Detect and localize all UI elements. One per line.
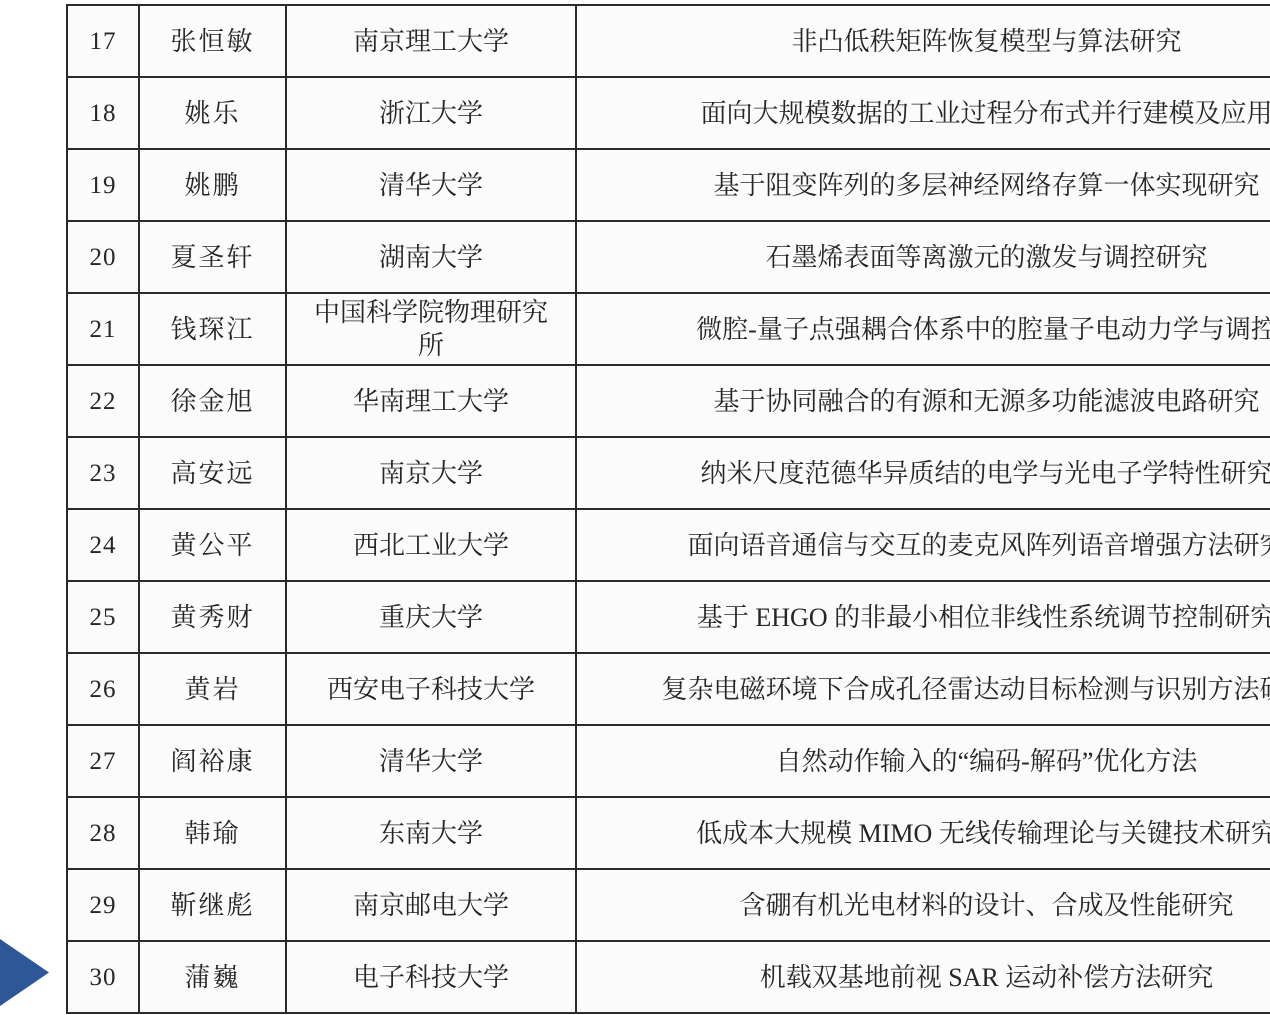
table-row: 22 徐金旭 华南理工大学 基于协同融合的有源和无源多功能滤波电路研究	[67, 365, 1270, 437]
name-cell: 姚乐	[139, 77, 286, 149]
name-cell: 黄秀财	[139, 581, 286, 653]
project-title-cell: 基于 EHGO 的非最小相位非线性系统调节控制研究	[576, 581, 1270, 653]
table-row: 18 姚乐 浙江大学 面向大规模数据的工业过程分布式并行建模及应用	[67, 77, 1270, 149]
row-number-cell: 21	[67, 293, 139, 365]
table-row: 20 夏圣轩 湖南大学 石墨烯表面等离激元的激发与调控研究	[67, 221, 1270, 293]
row-number-cell: 23	[67, 437, 139, 509]
table-row: 30 蒲巍 电子科技大学 机载双基地前视 SAR 运动补偿方法研究	[67, 941, 1270, 1013]
affiliation-cell: 清华大学	[286, 725, 576, 797]
table-row: 23 高安远 南京大学 纳米尺度范德华异质结的电学与光电子学特性研究	[67, 437, 1270, 509]
project-title-cell: 非凸低秩矩阵恢复模型与算法研究	[576, 5, 1270, 77]
table-row: 19 姚鹏 清华大学 基于阻变阵列的多层神经网络存算一体实现研究	[67, 149, 1270, 221]
row-number-cell: 22	[67, 365, 139, 437]
name-cell: 阎裕康	[139, 725, 286, 797]
affiliation-cell: 浙江大学	[286, 77, 576, 149]
row-number-cell: 17	[67, 5, 139, 77]
project-title-cell: 纳米尺度范德华异质结的电学与光电子学特性研究	[576, 437, 1270, 509]
row-number-cell: 25	[67, 581, 139, 653]
project-title-cell: 石墨烯表面等离激元的激发与调控研究	[576, 221, 1270, 293]
table-row: 26 黄岩 西安电子科技大学 复杂电磁环境下合成孔径雷达动目标检测与识别方法研究	[67, 653, 1270, 725]
affiliation-cell: 中国科学院物理研究所	[286, 293, 576, 365]
table-row: 17 张恒敏 南京理工大学 非凸低秩矩阵恢复模型与算法研究	[67, 5, 1270, 77]
name-cell: 蒲巍	[139, 941, 286, 1013]
row-number-cell: 26	[67, 653, 139, 725]
row-number-cell: 27	[67, 725, 139, 797]
project-title-cell: 基于阻变阵列的多层神经网络存算一体实现研究	[576, 149, 1270, 221]
row-number-cell: 29	[67, 869, 139, 941]
project-title-cell: 基于协同融合的有源和无源多功能滤波电路研究	[576, 365, 1270, 437]
name-cell: 钱琛江	[139, 293, 286, 365]
name-cell: 黄公平	[139, 509, 286, 581]
row-number-cell: 19	[67, 149, 139, 221]
blue-right-arrow-icon	[0, 939, 49, 1006]
row-number-cell: 24	[67, 509, 139, 581]
table-row: 21 钱琛江 中国科学院物理研究所 微腔-量子点强耦合体系中的腔量子电动力学与调…	[67, 293, 1270, 365]
affiliation-cell: 东南大学	[286, 797, 576, 869]
project-title-cell: 自然动作输入的“编码-解码”优化方法	[576, 725, 1270, 797]
table-row: 25 黄秀财 重庆大学 基于 EHGO 的非最小相位非线性系统调节控制研究	[67, 581, 1270, 653]
row-number-cell: 28	[67, 797, 139, 869]
table-row: 28 韩瑜 东南大学 低成本大规模 MIMO 无线传输理论与关键技术研究	[67, 797, 1270, 869]
row-number-cell: 20	[67, 221, 139, 293]
name-cell: 姚鹏	[139, 149, 286, 221]
document-page: 17 张恒敏 南京理工大学 非凸低秩矩阵恢复模型与算法研究 18 姚乐 浙江大学…	[0, 0, 1270, 1015]
project-title-cell: 复杂电磁环境下合成孔径雷达动目标检测与识别方法研究	[576, 653, 1270, 725]
project-title-cell: 含硼有机光电材料的设计、合成及性能研究	[576, 869, 1270, 941]
name-cell: 韩瑜	[139, 797, 286, 869]
affiliation-cell: 南京邮电大学	[286, 869, 576, 941]
row-number-cell: 30	[67, 941, 139, 1013]
name-cell: 高安远	[139, 437, 286, 509]
awardees-table: 17 张恒敏 南京理工大学 非凸低秩矩阵恢复模型与算法研究 18 姚乐 浙江大学…	[66, 4, 1270, 1014]
table-row: 24 黄公平 西北工业大学 面向语音通信与交互的麦克风阵列语音增强方法研究	[67, 509, 1270, 581]
name-cell: 张恒敏	[139, 5, 286, 77]
affiliation-cell: 重庆大学	[286, 581, 576, 653]
affiliation-cell: 湖南大学	[286, 221, 576, 293]
name-cell: 黄岩	[139, 653, 286, 725]
affiliation-cell: 南京大学	[286, 437, 576, 509]
affiliation-cell: 电子科技大学	[286, 941, 576, 1013]
name-cell: 夏圣轩	[139, 221, 286, 293]
project-title-cell: 低成本大规模 MIMO 无线传输理论与关键技术研究	[576, 797, 1270, 869]
project-title-cell: 面向大规模数据的工业过程分布式并行建模及应用	[576, 77, 1270, 149]
project-title-cell: 机载双基地前视 SAR 运动补偿方法研究	[576, 941, 1270, 1013]
affiliation-cell: 清华大学	[286, 149, 576, 221]
project-title-cell: 面向语音通信与交互的麦克风阵列语音增强方法研究	[576, 509, 1270, 581]
table-row: 27 阎裕康 清华大学 自然动作输入的“编码-解码”优化方法	[67, 725, 1270, 797]
affiliation-cell: 西北工业大学	[286, 509, 576, 581]
affiliation-cell: 西安电子科技大学	[286, 653, 576, 725]
affiliation-cell: 华南理工大学	[286, 365, 576, 437]
project-title-cell: 微腔-量子点强耦合体系中的腔量子电动力学与调控	[576, 293, 1270, 365]
name-cell: 靳继彪	[139, 869, 286, 941]
name-cell: 徐金旭	[139, 365, 286, 437]
row-number-cell: 18	[67, 77, 139, 149]
awardees-table-body: 17 张恒敏 南京理工大学 非凸低秩矩阵恢复模型与算法研究 18 姚乐 浙江大学…	[67, 5, 1270, 1013]
table-row: 29 靳继彪 南京邮电大学 含硼有机光电材料的设计、合成及性能研究	[67, 869, 1270, 941]
affiliation-cell: 南京理工大学	[286, 5, 576, 77]
